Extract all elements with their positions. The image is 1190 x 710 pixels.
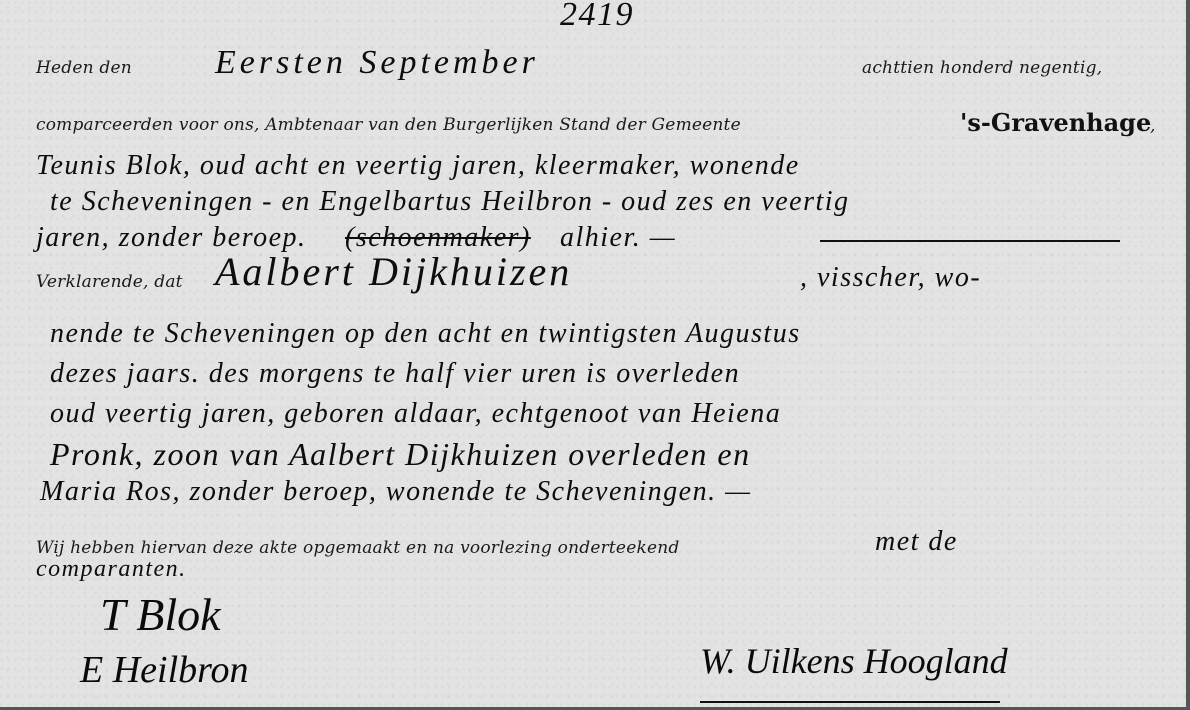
printed-comparceerden: comparceerden voor ons, Ambtenaar van de… bbox=[36, 115, 741, 135]
scan-edge bbox=[1186, 0, 1190, 710]
fill-line bbox=[820, 240, 1120, 242]
alhier: alhier. — bbox=[560, 222, 676, 254]
signature-heilbron: E Heilbron bbox=[80, 648, 249, 692]
printed-closing: Wij hebben hiervan deze akte opgemaakt e… bbox=[36, 538, 679, 558]
age-and-spouse: oud veertig jaren, geboren aldaar, echtg… bbox=[50, 398, 781, 430]
signature-blok: T Blok bbox=[100, 588, 221, 641]
handwritten-date: Eersten September bbox=[215, 44, 539, 82]
met-de: met de bbox=[875, 526, 958, 558]
mother: Maria Ros, zonder beroep, wonende te Sch… bbox=[40, 476, 752, 508]
printed-heden-den: Heden den bbox=[36, 58, 132, 78]
deceased-occupation: , visscher, wo- bbox=[800, 262, 981, 294]
document-page: 2419 Heden den Eersten September achttie… bbox=[0, 0, 1190, 710]
record-number: 2419 bbox=[560, 0, 634, 34]
deceased-name: Aalbert Dijkhuizen bbox=[215, 248, 572, 295]
printed-year: achttien honderd negentig, bbox=[862, 58, 1102, 78]
comparanten: comparanten. bbox=[36, 556, 187, 583]
signature-underline bbox=[700, 701, 1000, 703]
witness-1-line: Teunis Blok, oud acht en veertig jaren, … bbox=[36, 150, 800, 182]
time-of-death: dezes jaars. des morgens te half vier ur… bbox=[50, 358, 740, 390]
residence-date: nende te Scheveningen op den acht en twi… bbox=[50, 318, 801, 350]
father: Pronk, zoon van Aalbert Dijkhuizen overl… bbox=[50, 436, 751, 473]
witness-2-line: te Scheveningen - en Engelbartus Heilbro… bbox=[50, 186, 850, 218]
municipality: 's-Gravenhage bbox=[960, 108, 1151, 137]
municipality-comma: , bbox=[1150, 116, 1156, 136]
signature-registrar: W. Uilkens Hoogland bbox=[700, 640, 1008, 682]
printed-verklarende: Verklarende, dat bbox=[36, 272, 183, 292]
